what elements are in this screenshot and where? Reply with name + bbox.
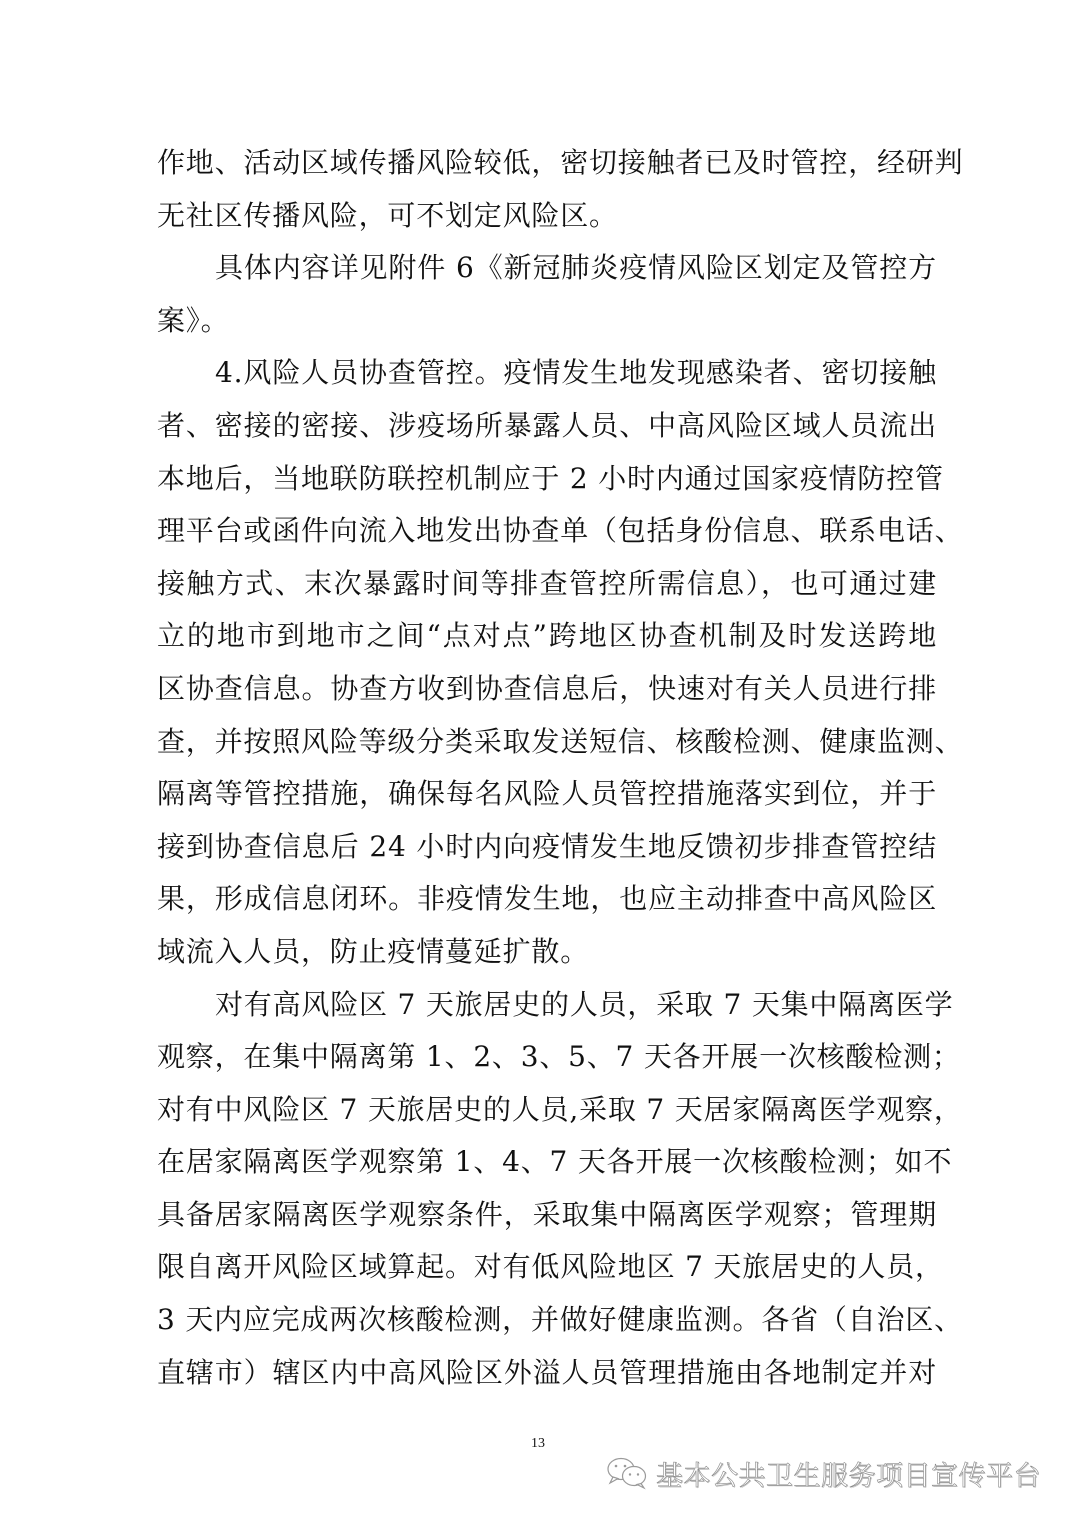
body-text: 作地、活动区域传播风险较低，密切接触者已及时管控，经研判 无社区传播风险，可不划… xyxy=(157,137,937,1399)
text-line: 本地后，当地联防联控机制应于 2 小时内通过国家疫情防控管 xyxy=(157,453,937,506)
text-line: 作地、活动区域传播风险较低，密切接触者已及时管控，经研判 xyxy=(157,137,937,190)
text-line: 4.风险人员协查管控。疫情发生地发现感染者、密切接触 xyxy=(157,347,937,400)
text-line: 理平台或函件向流入地发出协查单（包括身份信息、联系电话、 xyxy=(157,505,937,558)
text-line: 接到协查信息后 24 小时内向疫情发生地反馈初步排查管控结 xyxy=(157,821,937,874)
text-line: 无社区传播风险，可不划定风险区。 xyxy=(157,190,937,243)
text-line: 具体内容详见附件 6《新冠肺炎疫情风险区划定及管控方 xyxy=(157,242,937,295)
text-line: 接触方式、末次暴露时间等排查管控所需信息），也可通过建 xyxy=(157,558,937,611)
text-line: 具备居家隔离医学观察条件，采取集中隔离医学观察；管理期 xyxy=(157,1189,937,1242)
text-line: 对有高风险区 7 天旅居史的人员，采取 7 天集中隔离医学 xyxy=(157,979,937,1032)
text-line: 3 天内应完成两次核酸检测，并做好健康监测。各省（自治区、 xyxy=(157,1294,937,1347)
text-line: 者、密接的密接、涉疫场所暴露人员、中高风险区域人员流出 xyxy=(157,400,937,453)
text-line: 对有中风险区 7 天旅居史的人员,采取 7 天居家隔离医学观察， xyxy=(157,1084,937,1137)
text-line: 隔离等管控措施，确保每名风险人员管控措施落实到位，并于 xyxy=(157,768,937,821)
watermark: 基本公共卫生服务项目宣传平台 xyxy=(606,1455,1041,1491)
text-line: 限自离开风险区域算起。对有低风险地区 7 天旅居史的人员， xyxy=(157,1241,937,1294)
text-line: 区协查信息。协查方收到协查信息后，快速对有关人员进行排 xyxy=(157,663,937,716)
wechat-icon xyxy=(606,1456,650,1490)
document-page: 作地、活动区域传播风险较低，密切接触者已及时管控，经研判 无社区传播风险，可不划… xyxy=(0,0,1080,1527)
text-line: 查，并按照风险等级分类采取发送短信、核酸检测、健康监测、 xyxy=(157,716,937,769)
text-line: 观察，在集中隔离第 1、2、3、5、7 天各开展一次核酸检测； xyxy=(157,1031,937,1084)
text-line: 在居家隔离医学观察第 1、4、7 天各开展一次核酸检测；如不 xyxy=(157,1136,937,1189)
text-line: 果，形成信息闭环。非疫情发生地，也应主动排查中高风险区 xyxy=(157,873,937,926)
text-line: 直辖市）辖区内中高风险区外溢人员管理措施由各地制定并对 xyxy=(157,1347,937,1400)
page-number: 13 xyxy=(531,1436,545,1452)
text-line: 立的地市到地市之间“点对点”跨地区协查机制及时发送跨地 xyxy=(157,610,937,663)
text-line: 案》。 xyxy=(157,295,937,348)
text-line: 域流入人员，防止疫情蔓延扩散。 xyxy=(157,926,937,979)
watermark-text: 基本公共卫生服务项目宣传平台 xyxy=(656,1454,1041,1493)
